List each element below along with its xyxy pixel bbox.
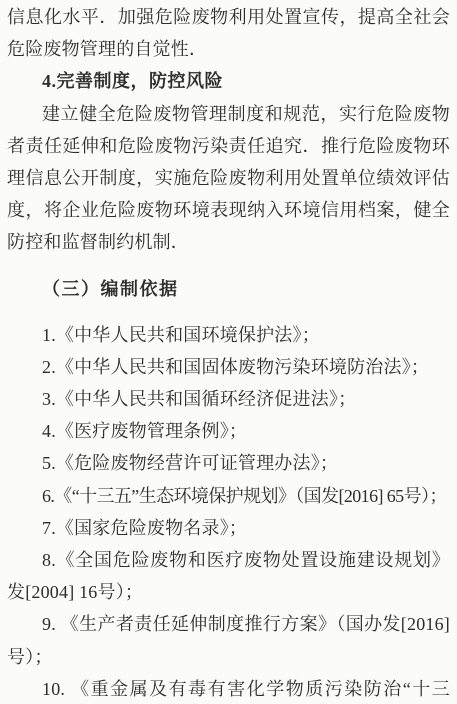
- section-heading-4: 4.完善制度，防控风险: [7, 65, 450, 97]
- paragraph-line: 理信息公开制度，实施危险废物利用处置单位绩效评估制: [7, 162, 450, 194]
- list-line-6: 6.《“十三五”生态环境保护规划》（国发[2016] 65号）；: [7, 480, 450, 512]
- paragraph-line: 危险废物管理的自觉性．: [7, 33, 450, 65]
- paragraph-line: 防控和监督制约机制．: [7, 226, 450, 258]
- paragraph-line: 者责任延伸和危险废物污染责任追究．推行危险废物环境管: [7, 130, 450, 162]
- list-line-1: 1.《中华人民共和国环境保护法》；: [7, 319, 450, 351]
- list-line-5: 5.《危险废物经营许可证管理办法》；: [7, 447, 450, 479]
- list-line-7: 7.《国家危险废物名录》；: [7, 512, 450, 544]
- list-line-4: 4.《医疗废物管理条例》；: [7, 415, 450, 447]
- section-heading-basis: （三）编制依据: [7, 273, 450, 305]
- list-line-8-continued: 发[2004] 16号）；: [7, 576, 450, 608]
- paragraph-line: 信息化水平．加强危险废物利用处置宣传，提高全社会做好: [7, 1, 450, 33]
- list-line-9: 9. 《生产者责任延伸制度推行方案》（国办发[2016] 99: [7, 608, 450, 640]
- list-line-10: 10. 《重金属及有毒有害化学物质污染防治“十三五”: [7, 673, 450, 704]
- paragraph-line: 建立健全危险废物管理制度和规范，实行危险废物产生: [7, 98, 450, 130]
- paragraph-line: 度，将企业危险废物环境表现纳入环境信用档案，健全风险: [7, 194, 450, 226]
- list-line-8: 8.《全国危险废物和医疗废物处置设施建设规划》（环: [7, 544, 450, 576]
- list-line-9-continued: 号）；: [7, 641, 450, 673]
- document-page: 信息化水平．加强危险废物利用处置宣传，提高全社会做好 危险废物管理的自觉性． 4…: [0, 0, 457, 704]
- list-line-2: 2.《中华人民共和国固体废物污染环境防治法》；: [7, 351, 450, 383]
- list-line-3: 3.《中华人民共和国循环经济促进法》；: [7, 383, 450, 415]
